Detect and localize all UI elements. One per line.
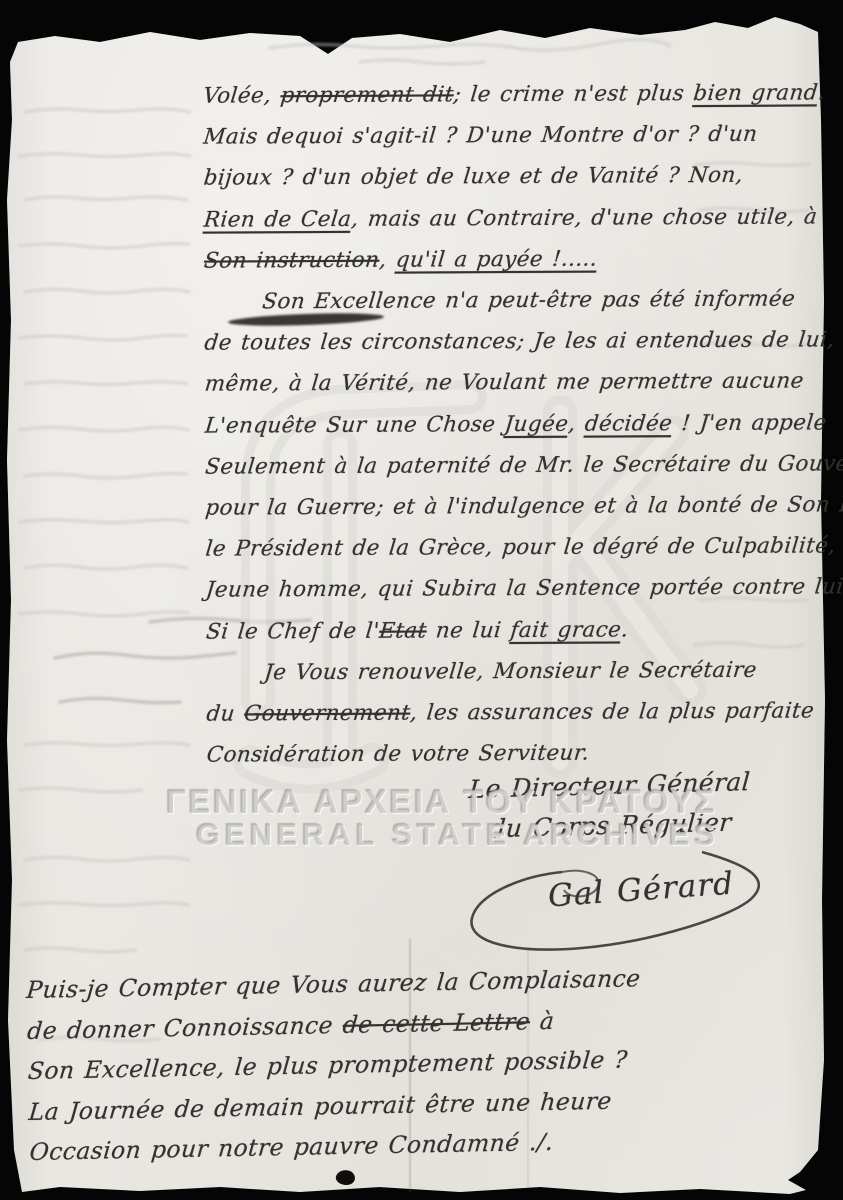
handwriting-line: Seulement à la paternité de Mr. le Secré… [203, 443, 833, 488]
handwriting-segment: Si le Chef de l' [205, 618, 381, 644]
handwriting-segment: Puis-je Compter que Vous aurez la Compla… [25, 964, 641, 1004]
handwriting-segment: décidée [584, 411, 674, 436]
handwriting-line: Si le Chef de l'Etat ne lui fait grace. [204, 608, 834, 653]
handwriting-segment: à [529, 1006, 556, 1035]
handwriting-segment: Rien de Cela [203, 206, 353, 232]
handwriting-line: Son instruction, qu'il a payée !..... [202, 237, 832, 282]
handwriting-segment: Son Excellence n'a peut-être pas été inf… [261, 287, 796, 315]
handwriting-segment: Volée, [202, 83, 282, 108]
handwriting-line: pour la Guerre; et à l'indulgence et à l… [203, 484, 833, 529]
handwriting-segment: Gouvernement [243, 701, 412, 727]
handwriting-segment: du [205, 701, 245, 726]
handwriting-segment: pour la Guerre; et à l'indulgence et à l… [204, 492, 843, 521]
handwriting-line: de toutes les circonstances; Je les ai e… [203, 320, 833, 365]
handwriting-segment: Considération de votre Serviteur. [205, 741, 590, 768]
handwriting-line: Rien de Cela, mais au Contraire, d'une c… [202, 196, 832, 241]
handwriting-line: le Président de la Grèce, pour le dégré … [204, 526, 834, 571]
letter-body: Volée, proprement dit; le crime n'est pl… [203, 72, 833, 776]
handwriting-segment: bien grand [692, 80, 819, 106]
handwriting-segment: le Président de la Grèce, pour le dégré … [204, 533, 843, 562]
handwriting-segment: de cette Lettre [342, 1007, 532, 1039]
handwriting-line: Mais dequoi s'agit-il ? D'une Montre d'o… [201, 114, 831, 159]
handwriting-segment: fait grace [509, 617, 622, 643]
handwriting-line: du Gouvernement, les assurances de la pl… [204, 690, 834, 735]
handwriting-line: même, à la Vérité, ne Voulant me permett… [203, 361, 833, 406]
handwriting-segment: Mais dequoi s'agit-il ? D'une Montre d'o… [202, 122, 758, 150]
handwriting-line: Volée, proprement dit; le crime n'est pl… [201, 72, 831, 117]
handwriting-segment: même, à la Vérité, ne Voulant me permett… [204, 369, 805, 397]
handwriting-segment: La Journée de demain pourrait être une h… [28, 1086, 613, 1125]
handwriting-segment: . [620, 617, 630, 642]
handwriting-segment: Je Vous renouvelle, Monsieur le Secrétai… [263, 658, 758, 686]
watermark-text-english: GENERAL STATE ARCHIVES [196, 817, 719, 853]
handwriting-segment: Jugée [503, 411, 569, 436]
handwriting-segment: qu'il a payée !..... [395, 246, 599, 272]
handwriting-segment: de toutes les circonstances; Je les ai e… [203, 327, 843, 356]
handwriting-segment: Jeune homme, qui Subira la Sentence port… [205, 575, 843, 603]
handwriting-segment: de donner Connoissance [26, 1010, 344, 1044]
handwriting-line: L'enquête Sur une Chose Jugée, décidée !… [203, 402, 833, 447]
handwriting-segment: Son instruction [203, 248, 381, 274]
handwriting-segment: . [817, 80, 827, 105]
handwriting-segment: , les assurances de la plus parfaite [409, 698, 815, 725]
handwriting-line: Je Vous renouvelle, Monsieur le Secrétai… [204, 649, 834, 694]
handwriting-segment: L'enquête Sur une Chose [204, 412, 506, 439]
handwriting-segment: Seulement à la paternité de Mr. le Secré… [204, 451, 843, 480]
handwriting-line: bijoux ? d'un objet de luxe et de Vanité… [202, 155, 832, 200]
handwriting-segment: , mais au Contraire, d'une chose utile, … [350, 204, 818, 231]
watermark-text-greek: ΓΕΝΙΚΑ ΑΡΧΕΙΑ ΤΟΥ ΚΡΑΤΟΥΣ [166, 783, 717, 821]
handwriting-segment: bijoux ? d'un objet de luxe et de Vanité… [202, 163, 744, 191]
handwriting-segment: ; le crime n'est plus [452, 81, 694, 107]
handwriting-line: Jeune homme, qui Subira la Sentence port… [204, 567, 834, 612]
scanned-document: Volée, proprement dit; le crime n'est pl… [0, 0, 843, 1200]
handwriting-segment: ! J'en appele [671, 410, 828, 436]
handwriting-segment: ne lui [425, 618, 511, 643]
handwriting-segment: Etat [378, 618, 428, 643]
handwriting-segment: Son Excellence, le plus promptement poss… [27, 1045, 629, 1085]
postscript-block: Puis-je Compter que Vous aurez la Compla… [26, 958, 650, 1172]
handwriting-segment: Occasion pour notre pauvre Condamné ./. [28, 1128, 554, 1166]
handwriting-segment: proprement dit [279, 82, 455, 108]
